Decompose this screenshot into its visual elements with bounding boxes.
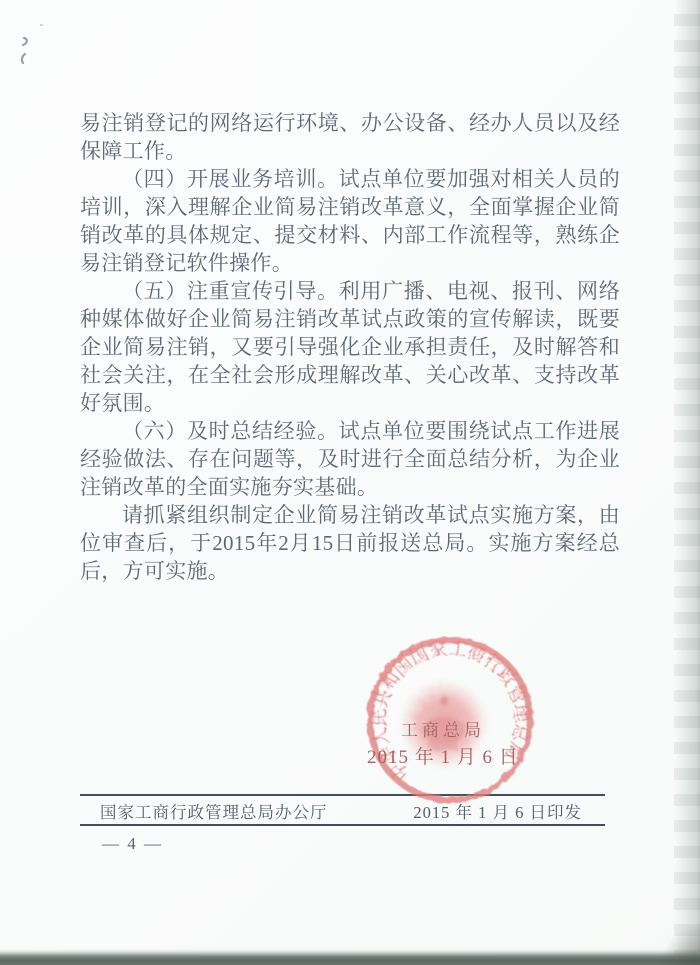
text-line: 培训，深入理解企业简易注销改革意义，全面掌握企业简易注 [80,193,620,221]
page-number: — 4 — [102,834,163,854]
document-body: 易注销登记的网络运行环境、办公设备、经办人员以及经费等保障工作。（四）开展业务培… [80,109,620,585]
text-line: 请抓紧组织制定企业简易注销改革试点实施方案，由你单 [80,501,620,529]
text-line: 位审查后，于2015年2月15日前报送总局。实施方案经总局批准 [80,529,620,557]
text-line: 保障工作。 [80,137,620,165]
svg-text:★: ★ [436,691,451,710]
text-line: 易注销登记的网络运行环境、办公设备、经办人员以及经费等 [80,109,620,137]
text-line: （四）开展业务培训。试点单位要加强对相关人员的业务 [80,165,620,193]
text-line: 销改革的具体规定、提交材料、内部工作流程等，熟练企业简 [80,221,620,249]
text-line: 经验做法、存在问题等，及时进行全面总结分析，为企业简易 [80,445,620,473]
footer-issuer: 国家工商行政管理总局办公厅 [100,799,328,823]
scan-speck [40,24,43,26]
pen-mark [12,34,38,74]
text-line: 种媒体做好企业简易注销改革试点政策的宣传解读，既要支持 [80,305,620,333]
text-line: 后，方可实施。 [80,557,620,585]
scan-edge-corner [660,925,700,965]
text-line: 企业简易注销，又要引导强化企业承担责任，及时解答和回应 [80,333,620,361]
footer-rule-bottom [80,824,605,826]
text-line: （六）及时总结经验。试点单位要围绕试点工作进展情况、 [80,417,620,445]
seal-date-text: 2015 年 1 月 6 日 [367,742,519,769]
scan-edge-right [674,0,700,965]
text-line: 好氛围。 [80,389,620,417]
text-line: （五）注重宣传引导。利用广播、电视、报刊、网络等各 [80,277,620,305]
text-line: 注销改革的全面实施夯实基础。 [80,473,620,501]
scan-edge-bottom [0,949,700,965]
seal-issuer-text: 工商总局 [401,716,485,741]
text-line: 社会关注，在全社会形成理解改革、关心改革、支持改革的良 [80,361,620,389]
document-page: 易注销登记的网络运行环境、办公设备、经办人员以及经费等保障工作。（四）开展业务培… [0,0,700,965]
text-line: 易注销登记软件操作。 [80,249,620,277]
